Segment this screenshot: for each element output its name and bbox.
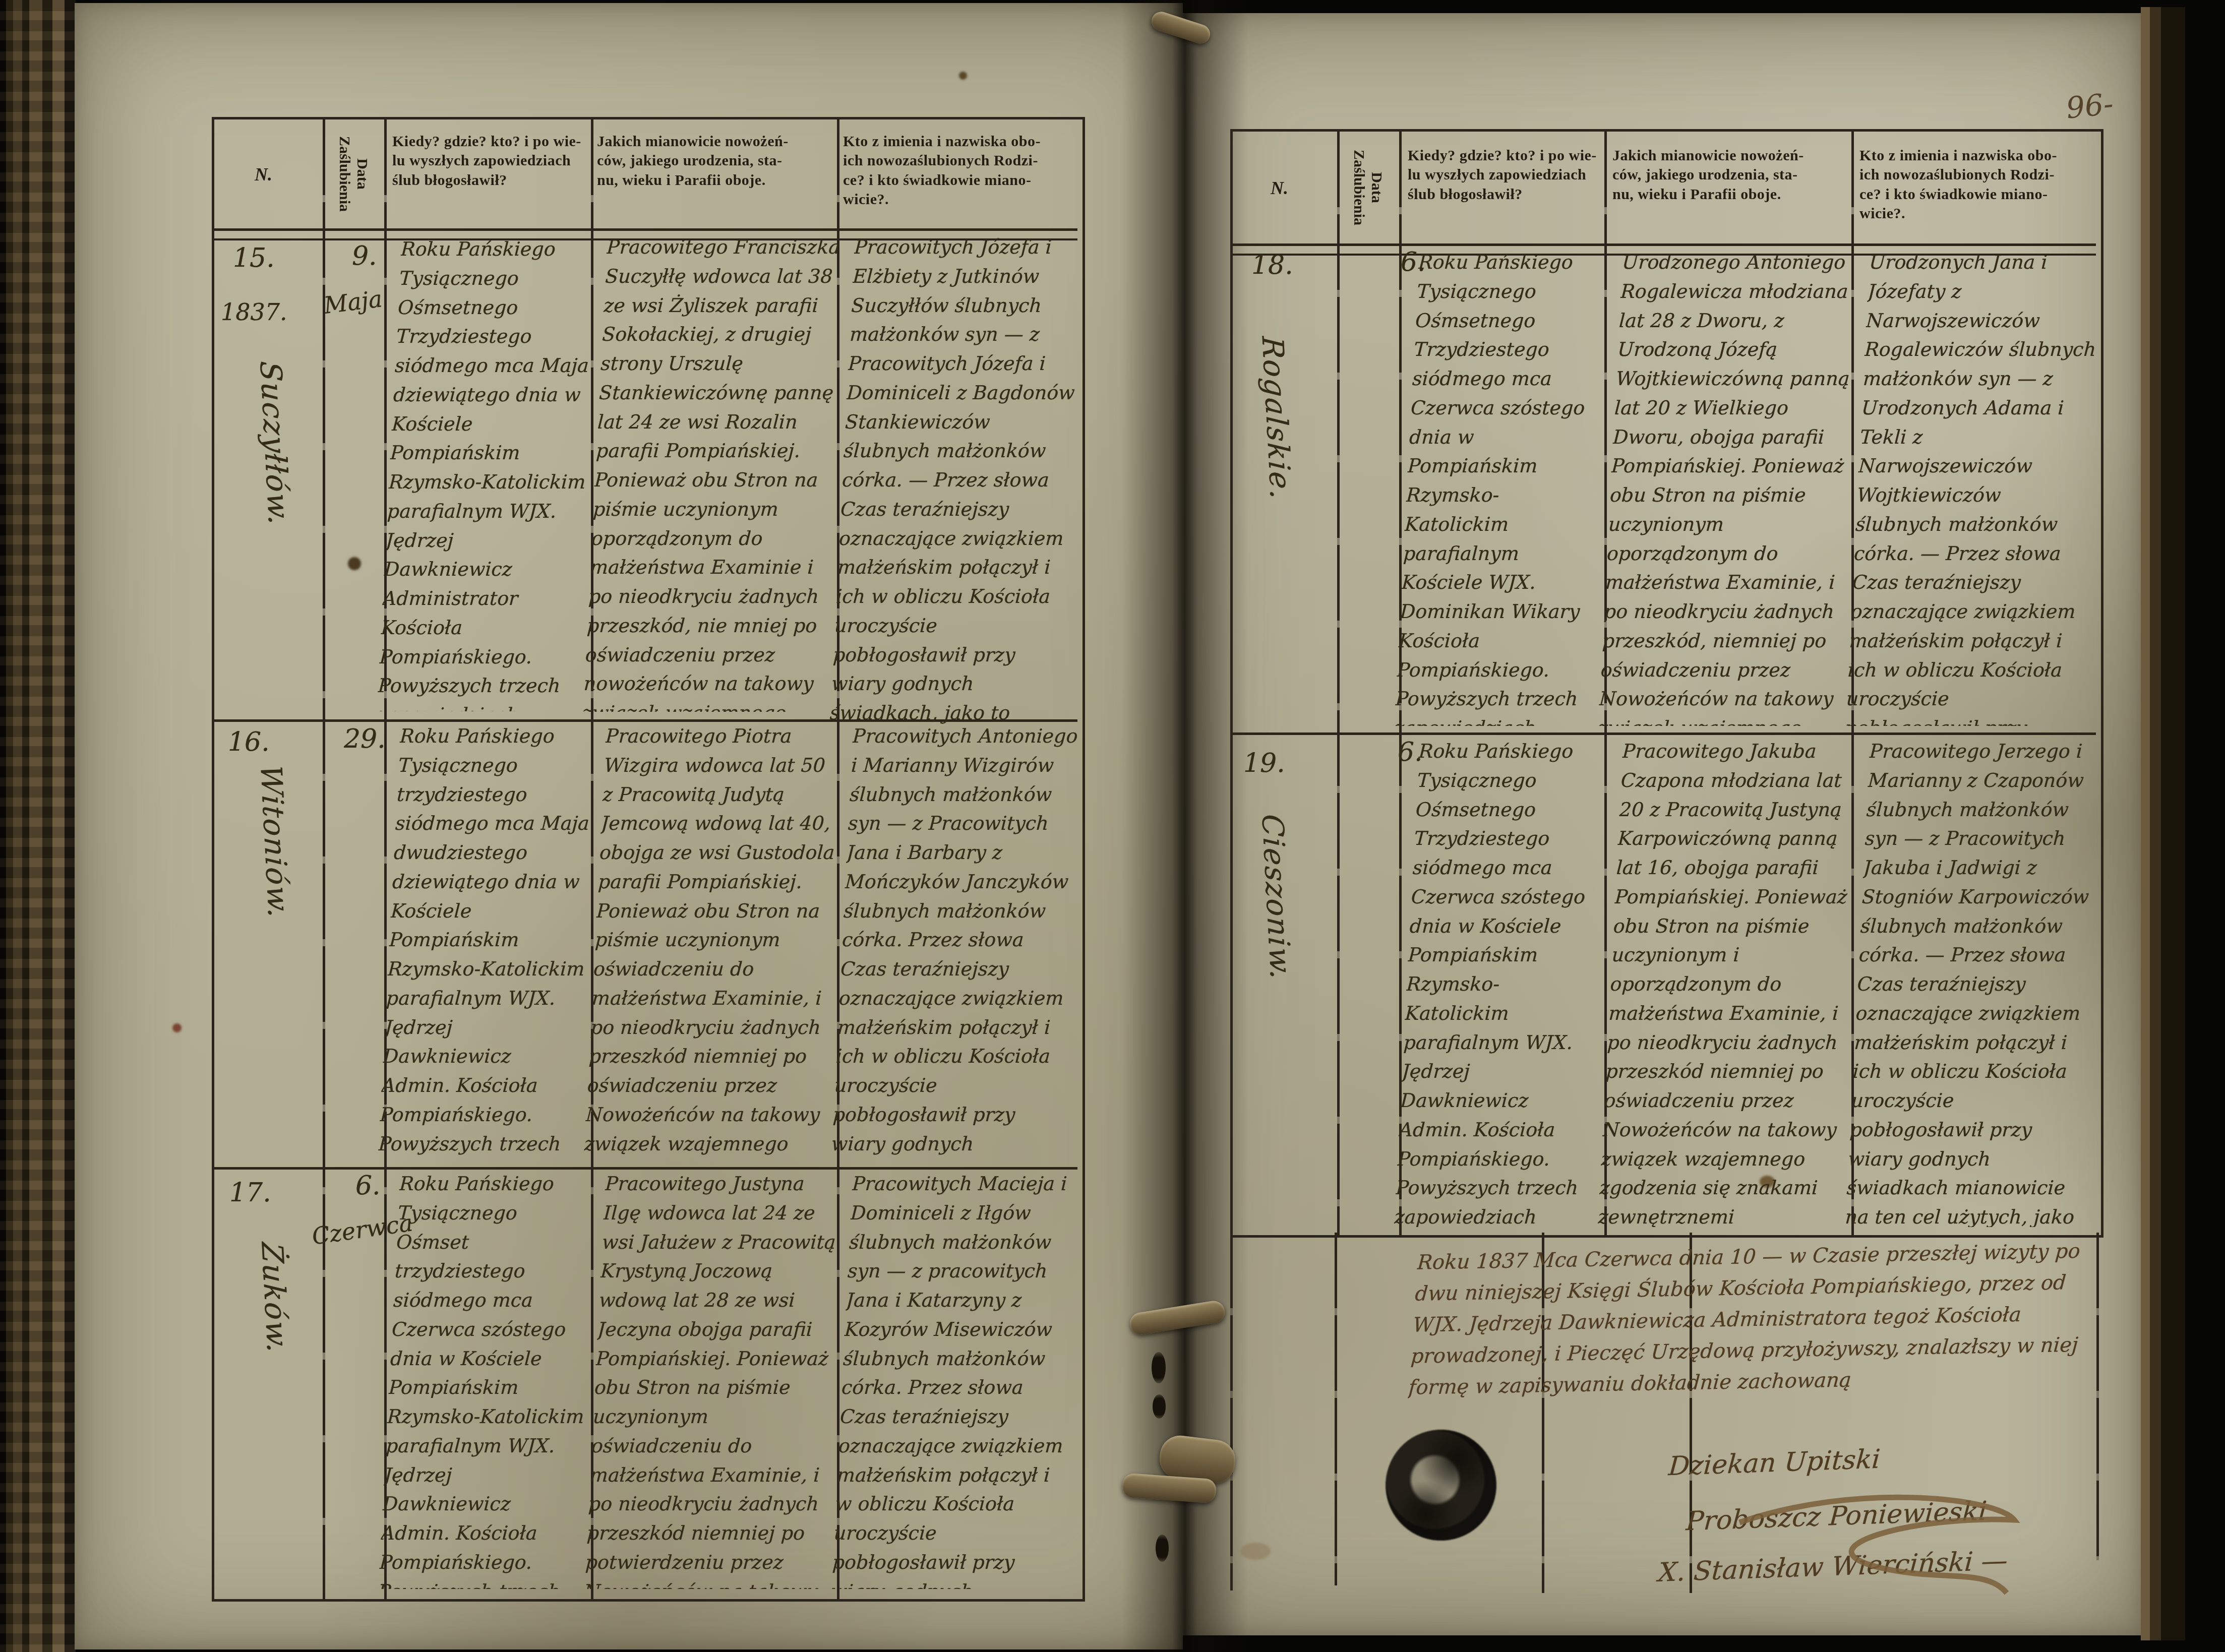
entry-number: 16. [228,727,270,757]
header-date-line2: Zaślubienia [1351,150,1367,225]
entry-witnesses-text: Pracowitych Józefa i Elżbiety z Jutkinów… [829,233,1088,732]
header-when-where-who: Kiedy? gdzie? kto? i po wie- lu wyszłych… [1408,146,1604,204]
right-page-edges [2141,7,2185,1640]
header-parents-witnesses: Kto z imienia i nazwiska obo- ich nowoza… [1859,146,2094,224]
binding-hole [1153,1394,1166,1419]
entry-number: 15. [233,243,275,273]
folio-number: 96- [2065,86,2115,125]
entry-witnesses-text: Pracowitych Macieja i Dominiceli z Iłgów… [831,1170,1086,1589]
entry-couple-text: Pracowitego Franciszka Suczyłłę wdowca l… [582,233,844,712]
entry-officiant-text: Roku Pańskiego Tysiącznego Ośmsetnego Tr… [377,235,599,711]
entry-witnesses-text: Pracowitego Jerzego i Marianny z Czaponó… [1845,737,2106,1227]
header-newlyweds: Jakich mianowicie nowożeń- ców, jakiego … [597,132,834,190]
entry-number: 19. [1243,748,1285,778]
header-marriage-date: DataZaślubienia [336,136,371,212]
entry-day: 6. [355,1171,381,1201]
entry-number: 17. [229,1178,271,1208]
entry-officiant-text: Roku Pańskiego Tysiącznego Ośmsetnego Tr… [1394,737,1614,1227]
foxing-spot [959,72,967,80]
foxing-spot [172,1023,182,1032]
header-number: N. [1271,177,1288,199]
header-number: N. [255,164,272,185]
header-marriage-date: DataZaślubienia [1350,150,1385,225]
entry-margin-place: Żuków. [255,1242,295,1355]
entry-day: 29. [344,724,386,754]
spine-texture [0,0,76,1652]
header-parents-witnesses: Kto z imienia i nazwiska obo- ich nowoza… [843,132,1077,210]
entry-officiant-text: Roku Pańskiego Tysiącznego Ośmset trzydz… [378,1170,598,1589]
column-rule [384,119,387,1599]
header-newlyweds: Jakich mianowicie nowożeń- ców, jakiego … [1612,146,1849,204]
column-rule [1337,132,1340,1235]
paper-stain [1240,1543,1271,1560]
header-date-line1: Data [1368,172,1385,203]
entry-couple-text: Pracowitego Piotra Wizgira wdowca lat 50… [583,722,842,1159]
binding-hole [1156,1535,1169,1562]
header-date-line1: Data [354,158,371,190]
entry-witnesses-text: Urodzonych Jana i Józefaty z Narwojszewi… [1845,248,2105,726]
column-rule-extension [1335,1233,1337,1585]
pen-flourish [1724,1492,2037,1608]
column-rule-extension [1230,1233,1233,1590]
entry-couple-text: Pracowitego Justyna Ilgę wdowca lat 24 z… [584,1170,842,1589]
book-gutter-shadow [1122,0,1248,1652]
visitation-note: Roku 1837 Mca Czerwca dnia 10 — w Czasie… [1404,1235,2102,1451]
row-rule [1233,732,2096,735]
column-rule [323,119,325,1599]
entry-officiant-text: Roku Pańskiego Tysiącznego Ośmsetnego Tr… [1394,248,1614,726]
entry-day: 9. [352,241,377,271]
entry-officiant-text: Roku Pańskiego Tysiącznego trzydziestego… [378,722,598,1159]
entry-witnesses-text: Pracowitych Antoniego i Marianny Wizgiró… [830,722,1086,1159]
header-date-line2: Zaślubienia [336,136,353,212]
entry-number: 18. [1251,250,1293,280]
header-when-where-who: Kiedy? gdzie? kto? i po wie- lu wyszłych… [392,132,589,190]
entry-couple-text: Pracowitego Jakuba Czapona młodziana lat… [1598,737,1858,1227]
entry-couple-text: Urodzonego Antoniego Rogalewicza młodzia… [1598,248,1858,726]
entry-year: 1837. [221,298,287,326]
binding-hole [1152,1352,1166,1383]
